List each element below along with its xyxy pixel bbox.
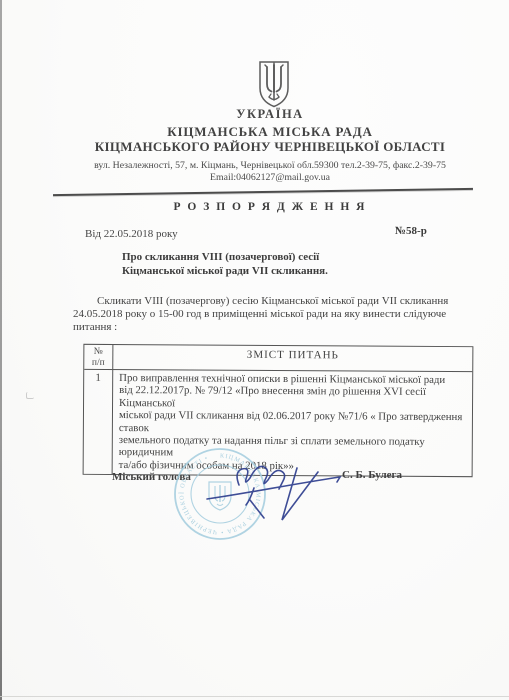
document-body-paragraph: Скликати VIII (позачергову) сесію Кіцман… (73, 295, 463, 333)
scan-speck (26, 392, 34, 399)
number-sign-sub: п/п (84, 357, 112, 368)
body-line-2: 24.05.2018 року о 15-00 год в приміщенні… (73, 308, 463, 334)
body-line-1: Скликати VIII (позачергову) сесію Кіцман… (73, 295, 463, 308)
ukraine-trident-emblem-icon (256, 60, 292, 108)
agenda-table-header-row: № п/п ЗМІСТ ПИТАНЬ (84, 345, 472, 372)
row-content-line: від 22.12.2017р. № 79/12 «Про внесення з… (119, 384, 468, 411)
document-date: Від 22.05.2018 року (85, 228, 178, 240)
subject-line-2: Кіцманської міської ради VII скликання. (122, 265, 328, 279)
row-content-line: міської ради VII скликання від 02.06.201… (119, 409, 468, 436)
document-type-heading: Р О З П О Р Я Д Ж Е Н Н Я (30, 201, 509, 213)
handwritten-signature-icon (198, 452, 413, 557)
country-name: УКРАЇНА (30, 107, 509, 122)
letterhead-divider-rule (53, 188, 473, 196)
organization-name: КІЦМАНСЬКА МІСЬКА РАДА (30, 124, 509, 140)
scan-left-edge-line (0, 0, 2, 700)
column-header-content: ЗМІСТ ПИТАНЬ (113, 345, 472, 371)
subject-line-1: Про скликання VIII (позачергової) сесії (122, 251, 328, 265)
row-number-cell: 1 (84, 370, 114, 474)
scan-bottom-edge-line (0, 696, 509, 697)
number-sign: № (84, 347, 112, 358)
column-header-number: № п/п (84, 345, 113, 369)
organization-region: КІЦМАНСЬКОГО РАЙОНУ ЧЕРНІВЕЦЬКОЇ ОБЛАСТІ (30, 139, 509, 155)
organization-address: вул. Незалежності, 57, м. Кіцмань, Черні… (30, 160, 509, 171)
scanned-document-page: УКРАЇНА КІЦМАНСЬКА МІСЬКА РАДА КІЦМАНСЬК… (0, 0, 509, 700)
organization-email: Email:04062127@mail.gov.ua (30, 172, 509, 183)
document-subject: Про скликання VIII (позачергової) сесії … (122, 251, 328, 278)
document-number: №58-р (395, 225, 427, 237)
